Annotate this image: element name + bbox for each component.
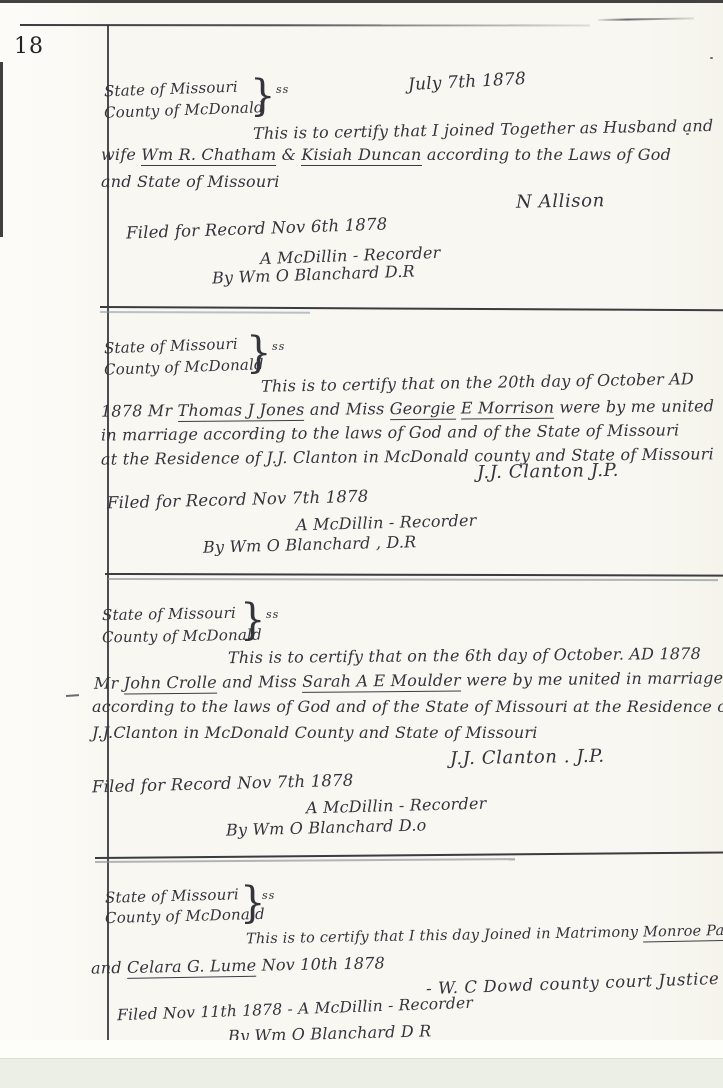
text-segment: Celara G. Lume (127, 956, 257, 979)
certificate-text-line: 1878 Mr Thomas J Jones and Miss Georgie … (101, 396, 714, 421)
ss-brace: } (250, 74, 275, 117)
recorder-line: A McDillin - Recorder (296, 511, 477, 536)
text-segment: were by me united (554, 396, 714, 416)
scan-speck (710, 57, 713, 59)
ss-label: ss (276, 83, 289, 96)
certificate-text-line: This is to certify that I this day Joine… (246, 922, 723, 949)
text-segment: This is to certify that on the 6th day o… (228, 644, 701, 667)
left-scan-artifact (0, 62, 3, 237)
entry-divider-echo (108, 578, 718, 581)
ss-brace: } (246, 331, 271, 374)
text-segment: Thomas J Jones (177, 400, 304, 422)
certificate-text-line: in marriage according to the laws of God… (101, 420, 679, 445)
margin-dash-mark (66, 694, 79, 697)
text-segment: John Crolle (124, 673, 217, 695)
text-segment: Georgie (390, 399, 456, 421)
deputy-recorder-line: By Wm O Blanchard D.o (226, 815, 427, 840)
certificate-text-line: J.J.Clanton in McDonald County and State… (92, 723, 538, 743)
text-segment: in marriage according to the laws of God… (101, 420, 679, 444)
filed-line: Filed for Record Nov 7th 1878 (107, 487, 369, 514)
text-segment: Wm R. Chatham (141, 145, 276, 166)
text-segment: J.J.Clanton in McDonald County and State… (92, 723, 538, 742)
text-segment: wife (101, 145, 141, 164)
text-segment: Mr (94, 673, 124, 692)
deputy-recorder-line: By Wm O Blanchard , D.R (203, 532, 417, 558)
entry-divider-echo (95, 858, 515, 862)
county-line: County of McDonald (102, 626, 262, 648)
certificate-text-line: This is to certify that I joined Togethe… (253, 116, 714, 144)
state-line: State of Missouri (104, 78, 238, 101)
officiant-signature: J.J. Clanton . J.P. (450, 746, 605, 771)
scanned-document-page: 18 State of Missouri County of McDonald … (0, 0, 723, 1088)
text-segment: according to the Laws of God (422, 145, 672, 164)
state-line: State of Missouri (104, 335, 238, 358)
certificate-text-line: This is to certify that on the 6th day o… (228, 644, 701, 668)
certificate-text-line: Mr John Crolle and Miss Sarah A E Moulde… (94, 668, 723, 693)
text-segment: and Miss (217, 672, 302, 692)
deputy-recorder-line: By Wm O Blanchard D.R (212, 261, 415, 288)
filed-line: Filed for Record Nov 6th 1878 (126, 214, 388, 244)
certificate-date: July 7th 1878 (408, 69, 527, 96)
certificate-text-line: and Celara G. Lume Nov 10th 1878 (91, 953, 385, 978)
text-segment: and (91, 958, 127, 978)
top-scan-edge (0, 0, 723, 3)
entry-divider-echo (100, 311, 310, 313)
ss-brace: } (240, 881, 265, 924)
state-line: State of Missouri (105, 885, 239, 907)
text-segment: Kisiah Duncan (301, 145, 421, 166)
entry-divider (105, 573, 723, 577)
ss-brace: } (240, 598, 265, 641)
ss-label: ss (262, 889, 275, 902)
recorder-line: A McDillin - Recorder (306, 794, 487, 819)
bottom-scan-strip (0, 1058, 723, 1088)
certificate-text-line: and State of Missouri (101, 172, 280, 192)
text-segment: 1878 Mr (101, 401, 178, 421)
officiant-signature: N Allison (516, 190, 605, 214)
text-segment: This is to certify that I this day Joine… (246, 924, 643, 947)
filed-line: Filed for Record Nov 7th 1878 (92, 771, 354, 798)
text-segment: and State of Missouri (101, 172, 280, 191)
text-segment: at the Residence of J.J. Clanton in McDo… (101, 444, 714, 468)
text-segment: E Morrison (461, 398, 555, 420)
certificate-text-line: according to the laws of God and of the … (92, 697, 723, 717)
top-ruled-line-right (598, 17, 694, 21)
top-ruled-line (20, 24, 590, 26)
state-line: State of Missouri (102, 604, 236, 625)
certificate-text-line: at the Residence of J.J. Clanton in McDo… (101, 444, 714, 469)
text-segment: Sarah A E Moulder (302, 671, 461, 693)
text-segment: This is to certify that I joined Togethe… (253, 116, 714, 143)
certificate-text-line: This is to certify that on the 20th day … (261, 369, 694, 397)
text-segment: This is to certify that on the 20th day … (261, 369, 694, 396)
text-segment: according to the laws of God and of the … (92, 697, 723, 716)
text-segment: Monroe Parks (643, 923, 723, 943)
text-segment: were by me united in marriage (461, 668, 723, 689)
county-line: County of McDonald (104, 98, 264, 122)
ss-label: ss (266, 608, 279, 621)
ss-label: ss (272, 340, 285, 353)
text-segment: and Miss (304, 399, 389, 419)
county-line: County of McDonald (104, 355, 264, 379)
bottom-page-edge (0, 1040, 723, 1058)
text-segment: Nov 10th 1878 (256, 953, 385, 974)
page-number: 18 (14, 34, 44, 59)
text-segment: & (276, 145, 301, 164)
certificate-text-line: wife Wm R. Chatham & Kisiah Duncan accor… (101, 145, 671, 165)
officiant-signature: J.J. Clanton J.P. (477, 460, 619, 485)
